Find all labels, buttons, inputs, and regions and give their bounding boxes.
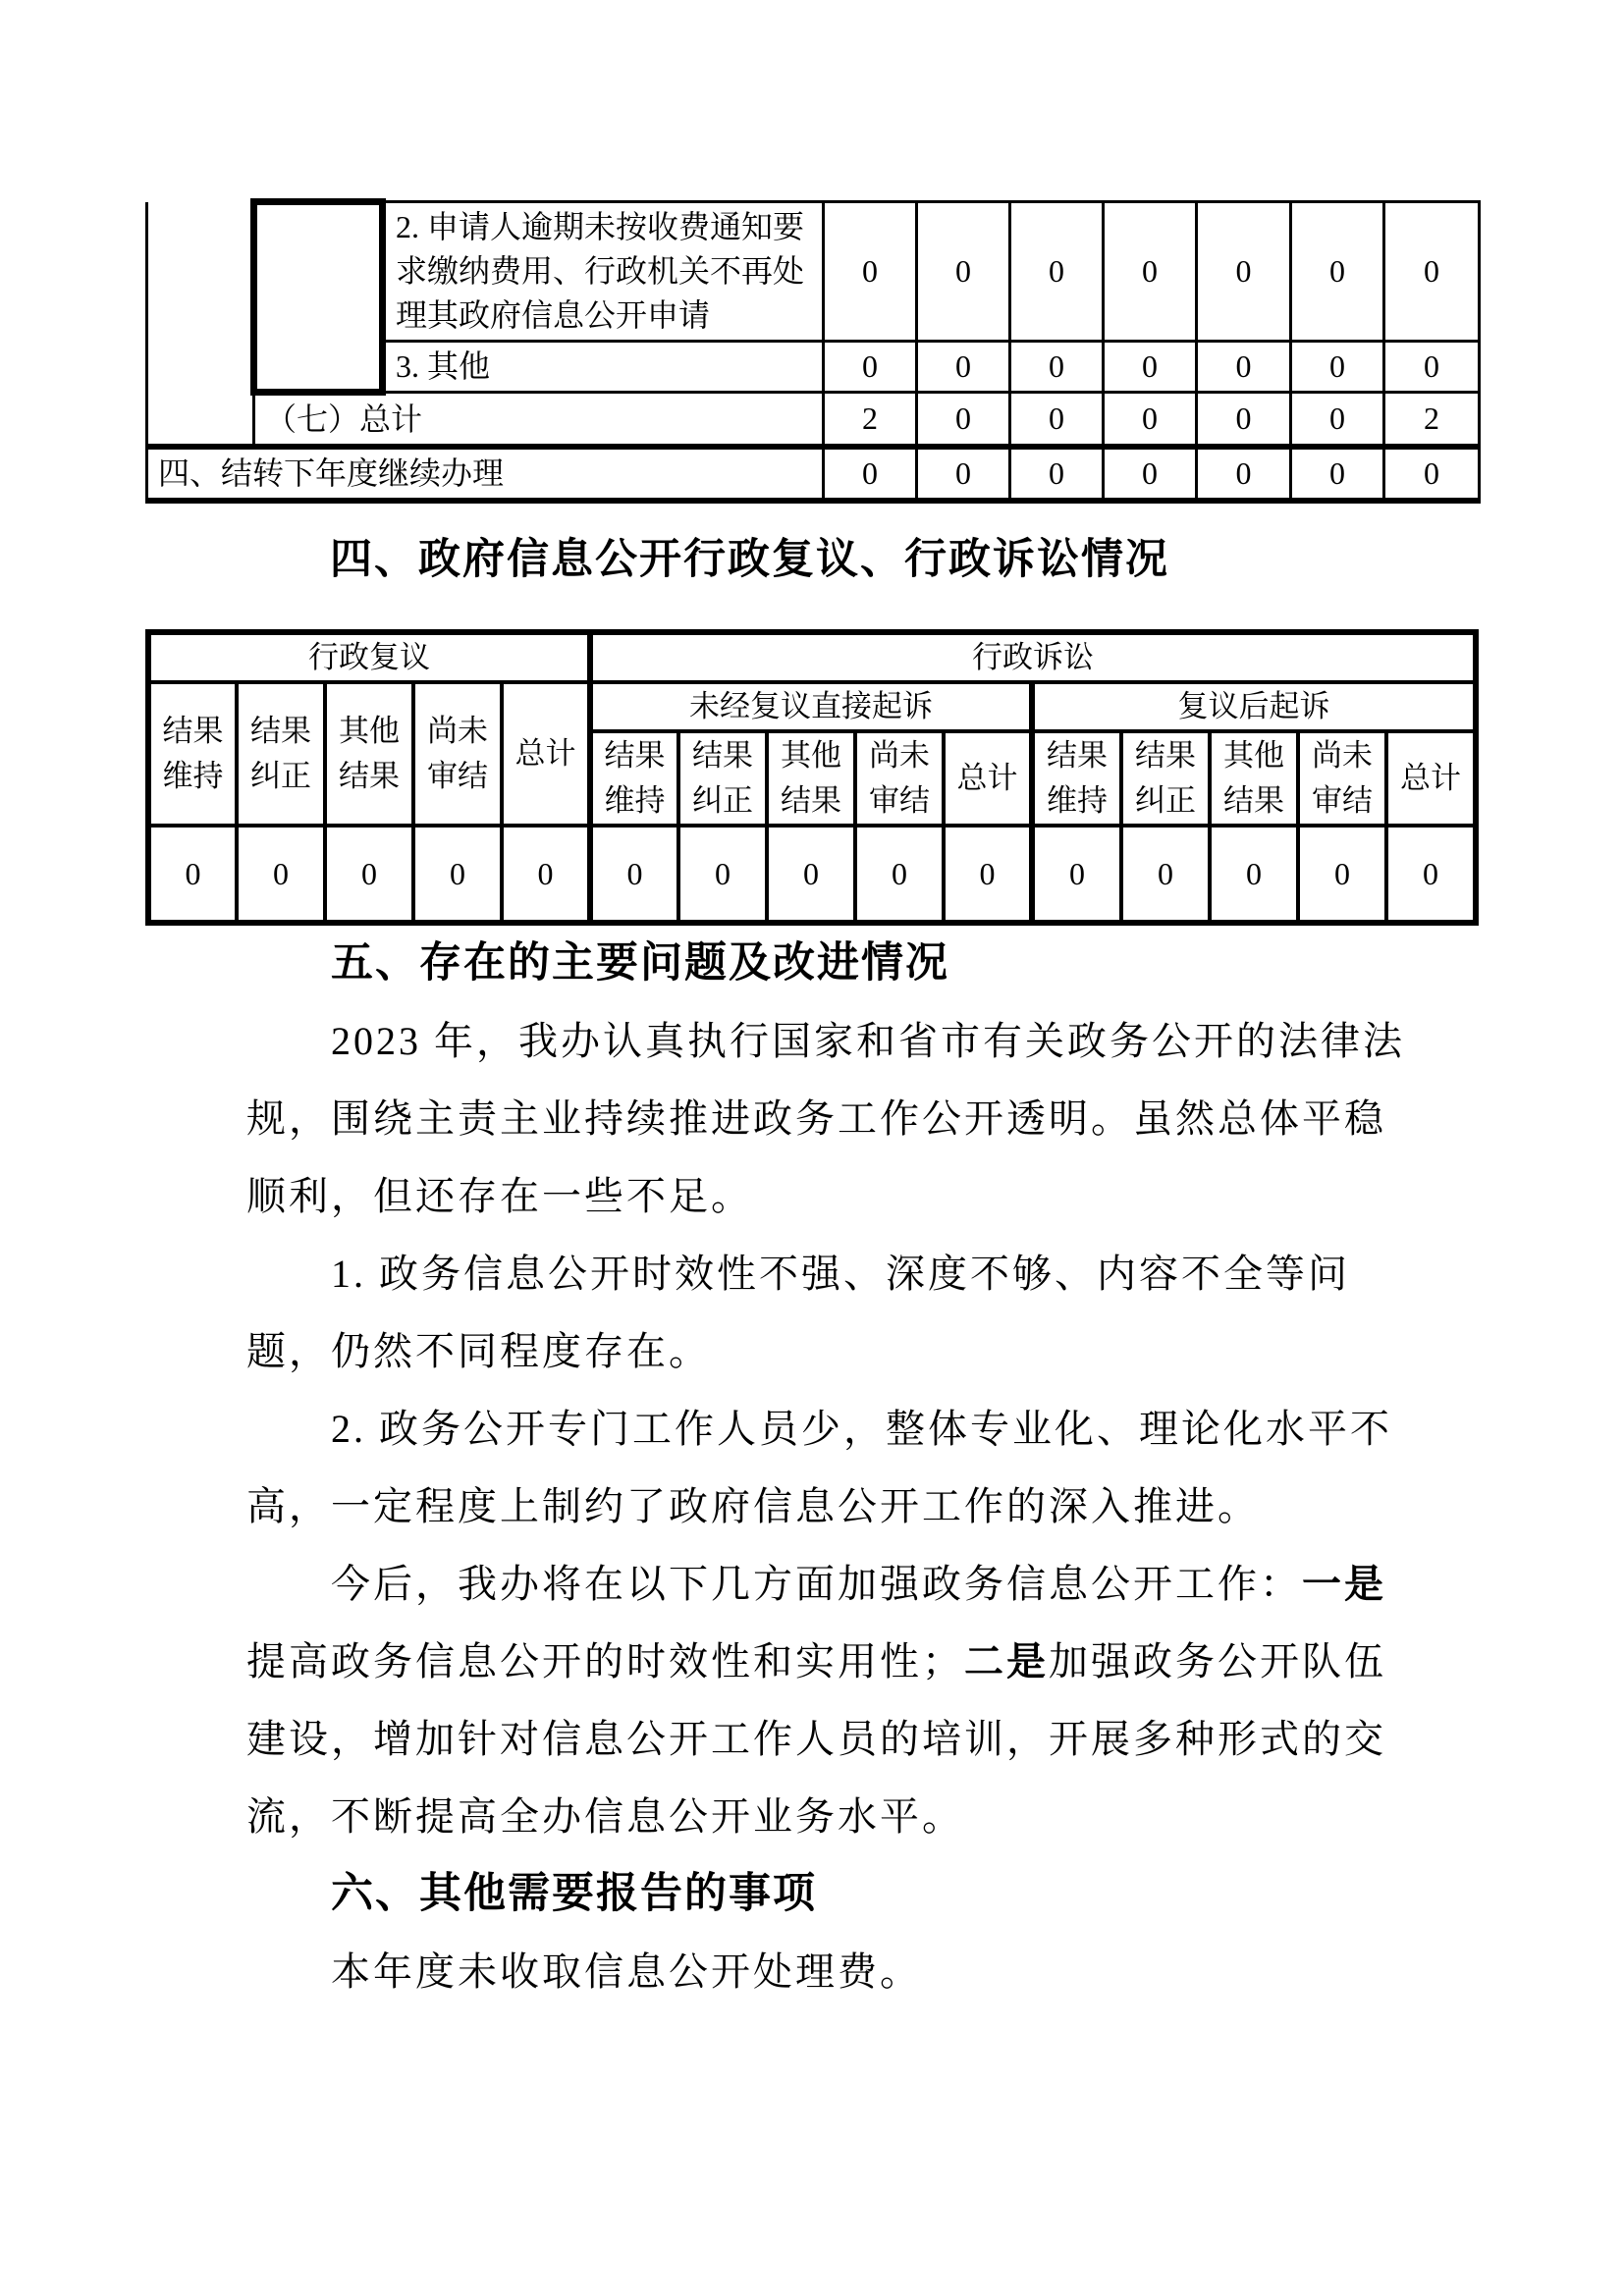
column-header-cell: 其他 结果 <box>325 682 413 826</box>
group-header-cell: 行政诉讼 <box>590 632 1476 682</box>
table-row: 2. 申请人逾期未按收费通知要求缴纳费用、行政机关不再处理其政府信息公开申请 0… <box>147 202 1480 342</box>
body-line: 顺利，但还存在一些不足。 <box>246 1157 1454 1235</box>
row-label-cell: 四、结转下年度继续办理 <box>147 447 824 501</box>
body-line: 高，一定程度上制约了政府信息公开工作的深入推进。 <box>246 1468 1454 1545</box>
value-cell: 0 <box>1384 202 1480 342</box>
value-cell: 0 <box>1104 342 1197 393</box>
group-header-cell: 行政复议 <box>148 632 590 682</box>
value-cell: 0 <box>917 447 1010 501</box>
body-line: 1. 政务信息公开时效性不强、深度不够、内容不全等问 <box>246 1235 1454 1312</box>
column-header-cell: 结果 维持 <box>1032 731 1121 826</box>
subgroup-header-cell: 未经复议直接起诉 <box>590 682 1032 731</box>
value-cell: 0 <box>148 826 237 923</box>
body-line: 本年度未收取信息公开处理费。 <box>246 1933 1454 2010</box>
column-header-cell: 结果 纠正 <box>678 731 767 826</box>
value-cell: 0 <box>1010 447 1104 501</box>
body-line: 2023 年，我办认真执行国家和省市有关政务公开的法律法 <box>246 1002 1454 1080</box>
value-cell: 0 <box>1291 447 1384 501</box>
value-cell: 0 <box>855 826 944 923</box>
body-line: 流，不断提高全办信息公开业务水平。 <box>246 1778 1454 1855</box>
section4-heading: 四、政府信息公开行政复议、行政诉讼情况 <box>330 536 1169 584</box>
value-cell: 0 <box>917 342 1010 393</box>
body-line: 建设，增加针对信息公开工作人员的培训，开展多种形式的交 <box>246 1700 1454 1778</box>
value-cell: 0 <box>1010 342 1104 393</box>
value-cell: 0 <box>325 826 413 923</box>
body-line: 提高政务信息公开的时效性和实用性；二是加强政务公开队伍 <box>246 1623 1454 1700</box>
row-label-cell: 2. 申请人逾期未按收费通知要求缴纳费用、行政机关不再处理其政府信息公开申请 <box>383 202 824 342</box>
section6-heading: 六、其他需要报告的事项 <box>246 1855 1454 1933</box>
value-cell: 2 <box>1384 393 1480 448</box>
value-cell: 0 <box>1384 342 1480 393</box>
column-header-cell: 结果 纠正 <box>237 682 325 826</box>
column-header-cell: 结果 纠正 <box>1121 731 1210 826</box>
table-applications-continuation: 2. 申请人逾期未按收费通知要求缴纳费用、行政机关不再处理其政府信息公开申请 0… <box>145 198 1481 504</box>
value-cell: 0 <box>1197 342 1291 393</box>
value-cell: 0 <box>1104 202 1197 342</box>
value-cell: 0 <box>767 826 855 923</box>
body-line: 2. 政务公开专门工作人员少，整体专业化、理论化水平不 <box>246 1390 1454 1468</box>
value-cell: 0 <box>1291 393 1384 448</box>
column-header-cell: 其他 结果 <box>1210 731 1298 826</box>
bold-emphasis: 一是 <box>1302 1563 1386 1606</box>
value-cell: 0 <box>1104 447 1197 501</box>
value-cell: 0 <box>1298 826 1386 923</box>
row-label-cell: 3. 其他 <box>383 342 824 393</box>
spanned-empty-cell <box>254 202 383 393</box>
column-header-cell: 尚未 审结 <box>1298 731 1386 826</box>
value-cell: 0 <box>824 447 917 501</box>
value-cell: 0 <box>1386 826 1476 923</box>
column-header-cell: 尚未 审结 <box>413 682 502 826</box>
value-cell: 0 <box>1384 447 1480 501</box>
value-cell: 2 <box>824 393 917 448</box>
column-header-cell: 总计 <box>502 682 590 826</box>
body-text-segment: 今后，我办将在以下几方面加强政务信息公开工作： <box>331 1562 1302 1606</box>
table-row: 行政复议 行政诉讼 <box>148 632 1476 682</box>
value-cell: 0 <box>944 826 1032 923</box>
value-cell: 0 <box>1104 393 1197 448</box>
body-text-block: 五、存在的主要问题及改进情况 2023 年，我办认真执行国家和省市有关政务公开的… <box>246 925 1454 2010</box>
column-header-cell: 总计 <box>944 731 1032 826</box>
column-header-cell: 其他 结果 <box>767 731 855 826</box>
body-text-segment: 加强政务公开队伍 <box>1049 1639 1386 1683</box>
value-cell: 0 <box>502 826 590 923</box>
value-cell: 0 <box>824 202 917 342</box>
value-cell: 0 <box>1121 826 1210 923</box>
value-cell: 0 <box>678 826 767 923</box>
value-cell: 0 <box>1010 202 1104 342</box>
body-line: 今后，我办将在以下几方面加强政务信息公开工作：一是 <box>246 1545 1454 1623</box>
body-line: 规，围绕主责主业持续推进政务工作公开透明。虽然总体平稳 <box>246 1080 1454 1157</box>
value-cell: 0 <box>237 826 325 923</box>
column-header-cell: 结果 维持 <box>148 682 237 826</box>
value-cell: 0 <box>1032 826 1121 923</box>
value-cell: 0 <box>917 393 1010 448</box>
column-header-cell: 尚未 审结 <box>855 731 944 826</box>
table-reconsideration-litigation: 行政复议 行政诉讼 结果 维持 结果 纠正 其他 结果 尚未 审结 总计 未经复… <box>145 629 1479 926</box>
subgroup-header-cell: 复议后起诉 <box>1032 682 1476 731</box>
value-cell: 0 <box>917 202 1010 342</box>
column-header-cell: 结果 维持 <box>590 731 678 826</box>
bold-emphasis: 二是 <box>964 1640 1049 1683</box>
body-text-segment: 提高政务信息公开的时效性和实用性； <box>246 1639 964 1683</box>
value-cell: 0 <box>590 826 678 923</box>
column-header-cell: 总计 <box>1386 731 1476 826</box>
value-cell: 0 <box>1197 393 1291 448</box>
value-cell: 0 <box>1197 447 1291 501</box>
value-cell: 0 <box>413 826 502 923</box>
section5-heading: 五、存在的主要问题及改进情况 <box>246 925 1454 1002</box>
value-cell: 0 <box>1197 202 1291 342</box>
spanned-empty-cell <box>147 202 254 448</box>
value-cell: 0 <box>1291 342 1384 393</box>
table-row: 0 0 0 0 0 0 0 0 0 0 0 0 0 0 0 <box>148 826 1476 923</box>
row-label-cell: （七）总计 <box>254 393 824 448</box>
value-cell: 0 <box>1210 826 1298 923</box>
table-row: （七）总计 2 0 0 0 0 0 2 <box>147 393 1480 448</box>
table-row: 结果 维持 结果 纠正 其他 结果 尚未 审结 总计 未经复议直接起诉 复议后起… <box>148 682 1476 731</box>
value-cell: 0 <box>1291 202 1384 342</box>
body-line: 题，仍然不同程度存在。 <box>246 1312 1454 1390</box>
table-row: 四、结转下年度继续办理 0 0 0 0 0 0 0 <box>147 447 1480 501</box>
value-cell: 0 <box>1010 393 1104 448</box>
document-page: 2. 申请人逾期未按收费通知要求缴纳费用、行政机关不再处理其政府信息公开申请 0… <box>0 0 1624 2296</box>
value-cell: 0 <box>824 342 917 393</box>
